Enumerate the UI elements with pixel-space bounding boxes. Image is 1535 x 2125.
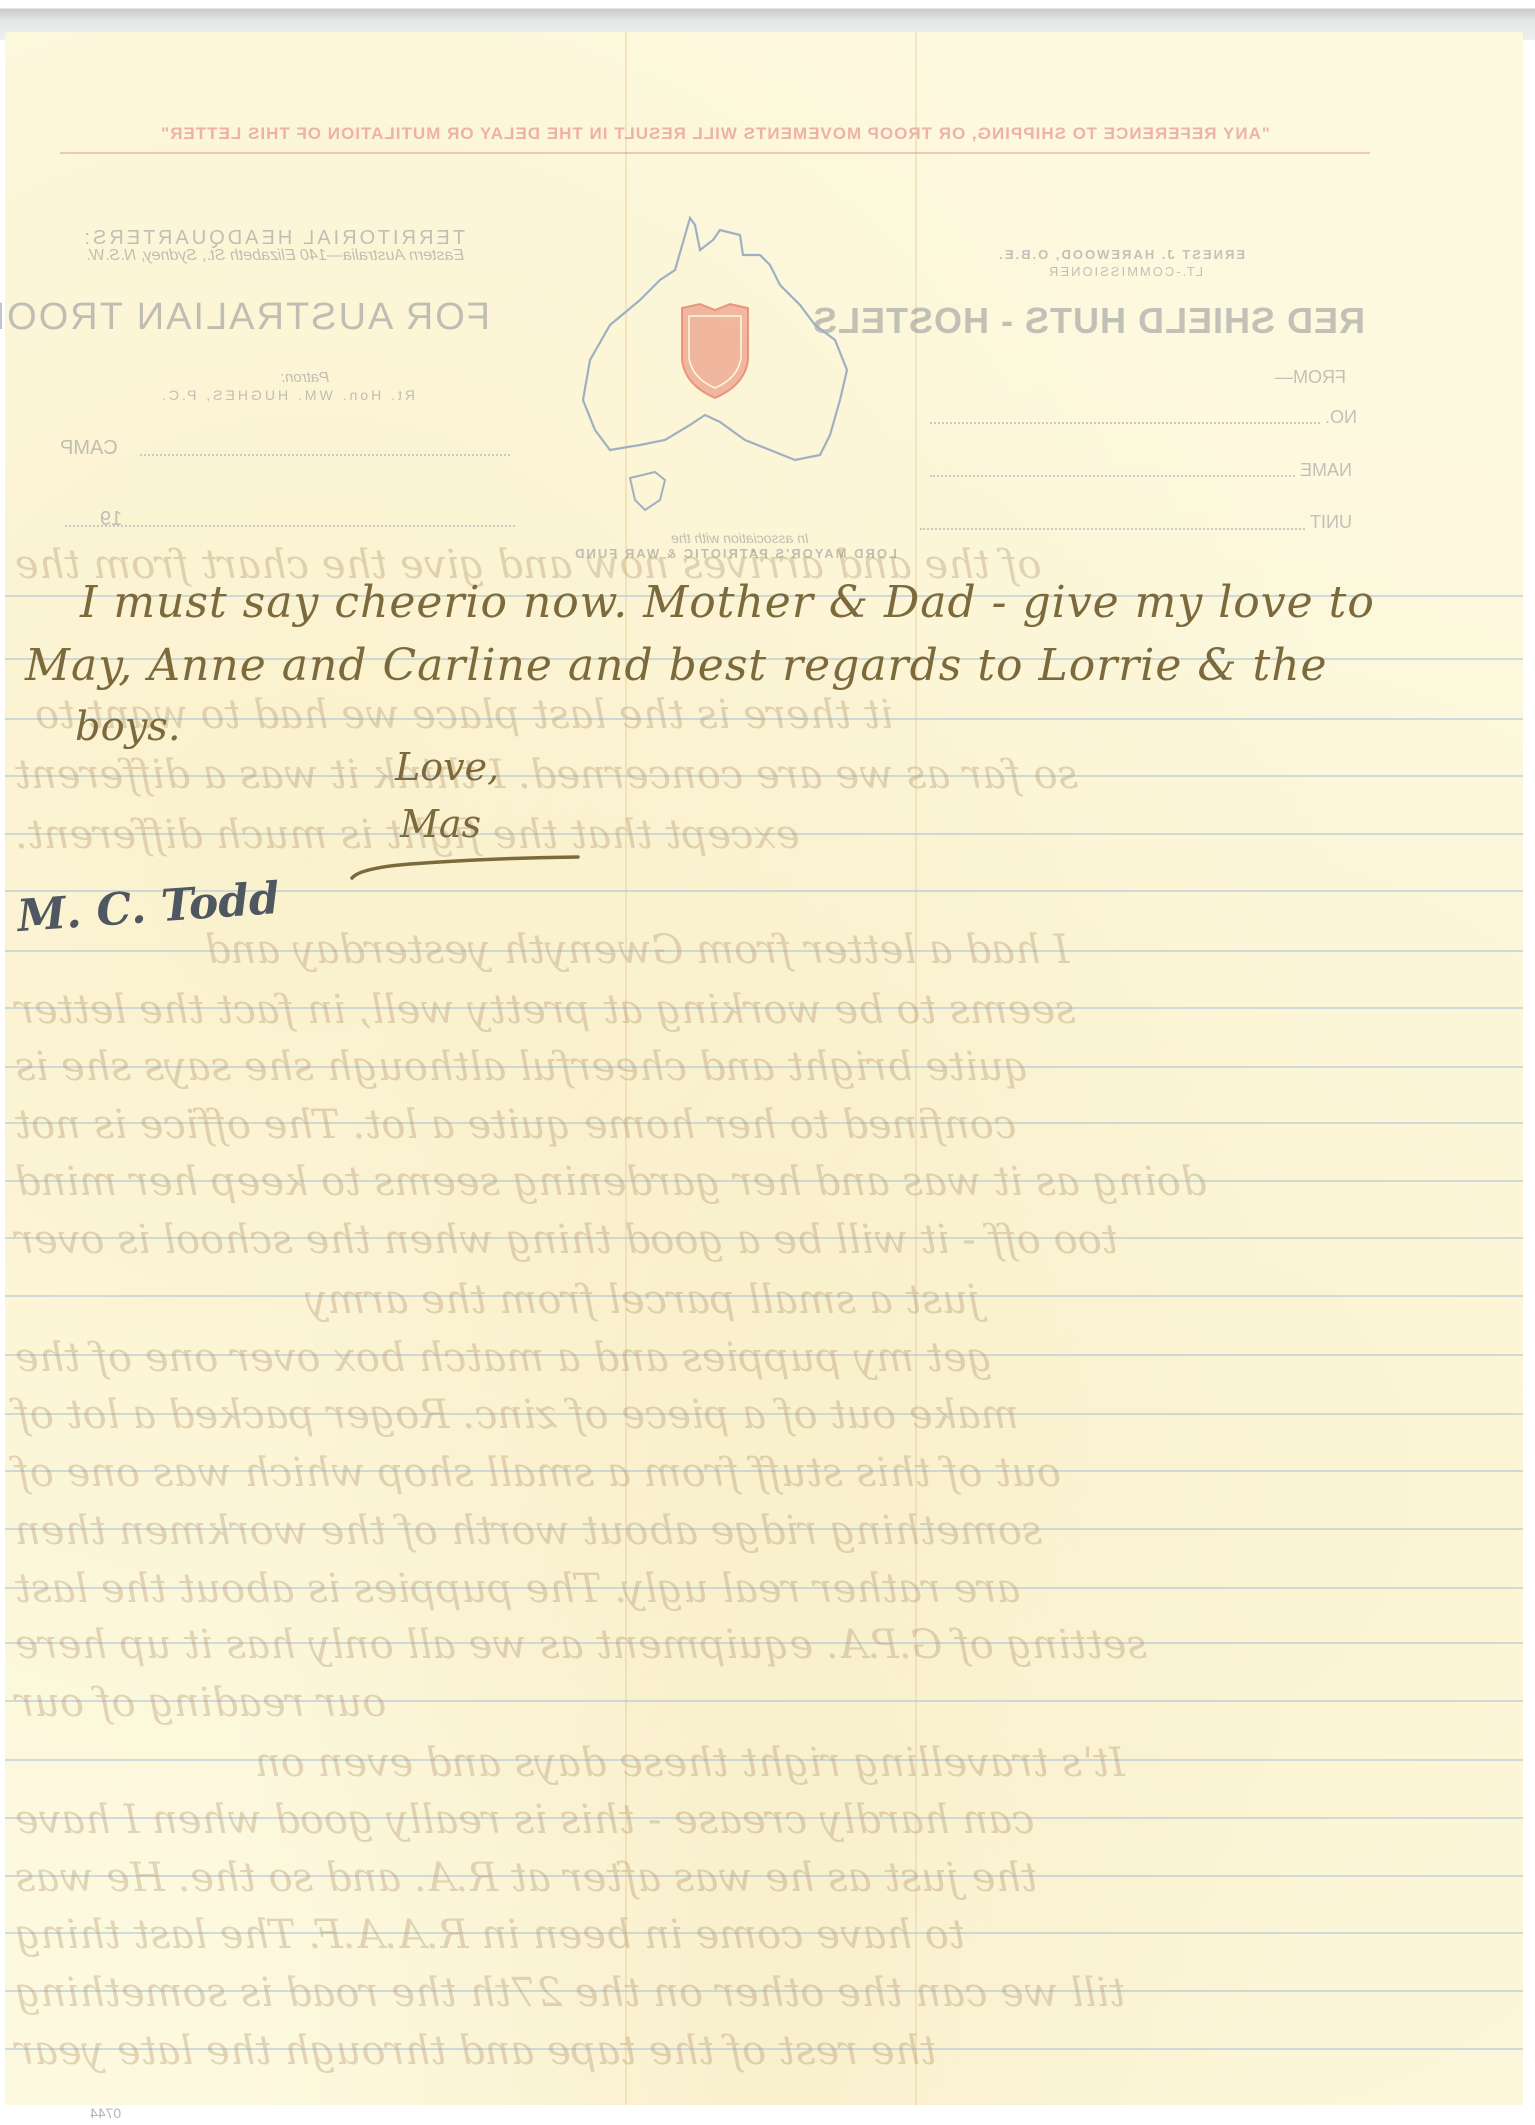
bleed-through-line: something ridge about worth of the workm…: [15, 1508, 1042, 1554]
letter-signoff: Mas: [400, 802, 481, 846]
letter-page: "ANY REFERENCE TO SHIPPING, OR TROOP MOV…: [5, 32, 1523, 2105]
unit-field-line: [920, 528, 1305, 530]
bleed-through-line: It's travelling right these days and eve…: [255, 1740, 1125, 1786]
warning-underline: [60, 152, 1370, 154]
bleed-through-line: confined to her home quite a lot. The of…: [15, 1102, 1016, 1148]
bleed-through-line: make out of a piece of zinc. Roger packe…: [15, 1392, 1019, 1438]
patron-label: Patron:: [195, 369, 415, 386]
footer-mark: 0744: [90, 2105, 121, 2121]
hq-line-2: Eastern Australia—140 Elizabeth St., Syd…: [85, 247, 465, 265]
commissioner-title: LT.-COMMISSIONER: [1005, 264, 1245, 279]
for-australian-troops-title: FOR AUSTRALIAN TROOPS: [100, 296, 490, 339]
commissioner-name: ERNEST J. HAREWOOD, O.B.E.: [1005, 247, 1245, 262]
camp-field-line: [140, 454, 510, 456]
bleed-through-line: setting of G.P.A. equipment as we all on…: [15, 1622, 1147, 1668]
letter-line-2: May, Anne and Carline and best regards t…: [25, 640, 1328, 691]
from-label: FROM—: [1275, 367, 1346, 388]
date-field-line: [65, 525, 515, 527]
bleed-through-line: the rest of the tape and through the lat…: [15, 2028, 936, 2074]
camp-label: CAMP: [60, 437, 118, 460]
bleed-through-line: out of this stuff from a small shop whic…: [15, 1450, 1061, 1496]
salvation-army-shield-icon: [682, 304, 748, 398]
bleed-through-line: too off - it will be a good thing when t…: [15, 1217, 1118, 1263]
letter-line-1: I must say cheerio now. Mother & Dad - g…: [80, 577, 1375, 628]
name-label: NAME: [1300, 460, 1352, 481]
letter-line-3: boys.: [75, 704, 181, 750]
bleed-through-line: till we can the other on the 27th the ro…: [15, 1970, 1125, 2016]
letter-closing: Love,: [395, 745, 499, 789]
bleed-through-line: are rather real ugly. The puppies is abo…: [15, 1566, 1020, 1612]
bleed-through-line: can hardly crease - this is really good …: [15, 1797, 1034, 1843]
patron-name: Rt. Hon. WM. HUGHES, P.C.: [165, 387, 415, 403]
bleed-through-line: get my puppies and a match box over one …: [15, 1335, 992, 1381]
bleed-through-line: quite bright and cheerful although she s…: [15, 1044, 1029, 1090]
bleed-through-line: just a small parcel from the army: [305, 1277, 980, 1323]
year-label: 19: [100, 508, 122, 531]
censorship-warning: "ANY REFERENCE TO SHIPPING, OR TROOP MOV…: [60, 124, 1370, 144]
bleed-through-line: our reading of our: [15, 1680, 386, 1726]
bleed-through-line: to have come in been in R.A.A.F. The las…: [15, 1912, 965, 1958]
bleed-through-line: doing as it was and her gardening seems …: [15, 1159, 1206, 1205]
australia-map-icon: [565, 210, 865, 520]
bleed-through-line: so far as we are concerned. I think it w…: [15, 752, 1078, 798]
bleed-through-line: seems to be working at pretty well, in f…: [15, 987, 1076, 1033]
red-shield-huts-title: RED SHIELD HUTS - HOSTELS: [925, 300, 1365, 342]
unit-label: UNIT: [1310, 512, 1352, 533]
name-field-line: [930, 475, 1295, 477]
bleed-through-line: the just as he was after at R.A. and so …: [15, 1855, 1037, 1901]
no-field-line: [930, 422, 1320, 424]
bleed-through-line: I had a letter from Gwenyth yesterday an…: [205, 927, 1069, 973]
signature-flourish: [350, 854, 580, 884]
no-label: NO.: [1325, 407, 1357, 428]
